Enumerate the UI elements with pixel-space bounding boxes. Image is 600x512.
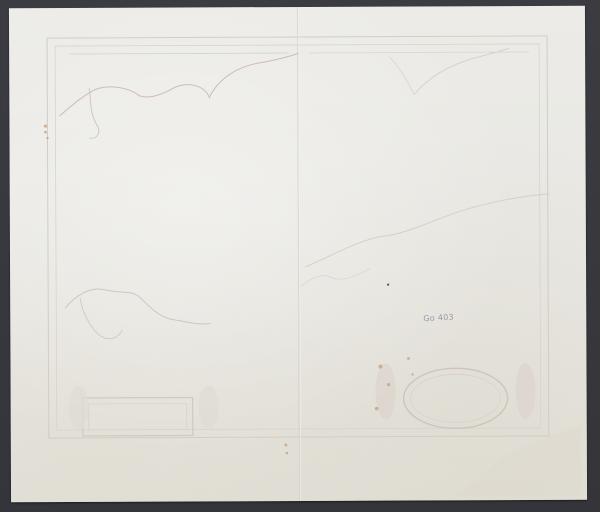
coastline-top-left: [59, 53, 299, 116]
pencil-inventory-note: Go 403: [423, 313, 454, 324]
map-sheet-reverse: Go 403: [9, 6, 587, 503]
coastline-top-right: [414, 48, 509, 94]
right-cartouche-frame: [404, 368, 508, 428]
ink-speck: [387, 284, 389, 286]
coastline-middle: [305, 194, 550, 267]
